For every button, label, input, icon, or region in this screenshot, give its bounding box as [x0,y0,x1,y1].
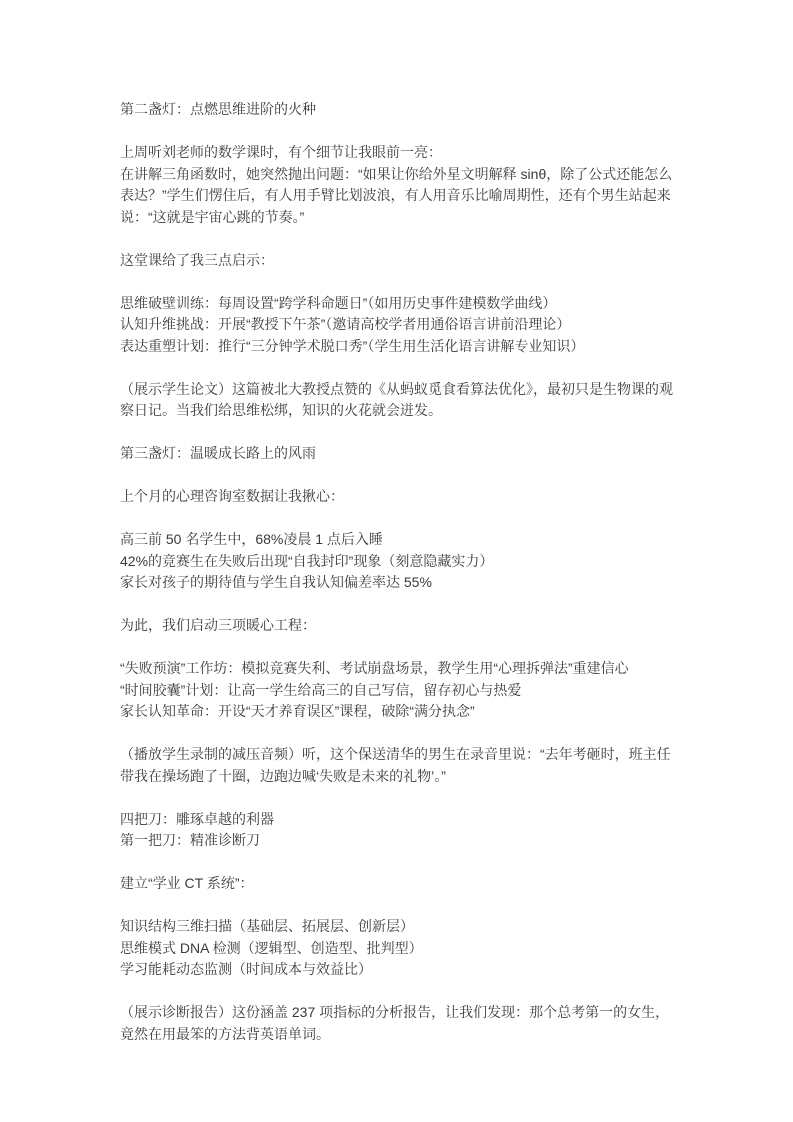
section-heading: 第三盏灯：温暖成长路上的风雨 [120,443,673,465]
text-line: 表达重塑计划：推行“三分钟学术脱口秀”（学生用生活化语言讲解专业知识） [120,336,673,358]
section-heading: 第二盏灯：点燃思维进阶的火种 [120,99,673,121]
line-group: 思维破壁训练：每周设置“跨学科命题日”（如用历史事件建模数学曲线）认知升维挑战：… [120,293,673,358]
paragraph: （展示诊断报告）这份涵盖 237 项指标的分析报告，让我们发现：那个总考第一的女… [120,1002,673,1045]
paragraph: 上周听刘老师的数学课时，有个细节让我眼前一亮：在讲解三角函数时，她突然抛出问题：… [120,142,673,228]
document-page: 第二盏灯：点燃思维进阶的火种上周听刘老师的数学课时，有个细节让我眼前一亮：在讲解… [0,0,793,1122]
paragraph: 建立“学业 CT 系统”： [120,873,673,895]
paragraph: 上个月的心理咨询室数据让我揪心： [120,486,673,508]
text-line: 上周听刘老师的数学课时，有个细节让我眼前一亮： [120,142,673,164]
text-line: 思维破壁训练：每周设置“跨学科命题日”（如用历史事件建模数学曲线） [120,293,673,315]
text-line: 高三前 50 名学生中，68%凌晨 1 点后入睡 [120,529,673,551]
document-body: 第二盏灯：点燃思维进阶的火种上周听刘老师的数学课时，有个细节让我眼前一亮：在讲解… [0,0,793,1122]
text-line: （播放学生录制的减压音频）听，这个保送清华的男生在录音里说：“去年考砸时，班主任… [120,744,673,787]
line-group: “失败预演”工作坊：模拟竞赛失利、考试崩盘场景，教学生用“心理拆弹法”重建信心“… [120,658,673,723]
text-line: 认知升维挑战：开展“教授下午茶”（邀请高校学者用通俗语言讲前沿理论） [120,314,673,336]
paragraph: （播放学生录制的减压音频）听，这个保送清华的男生在录音里说：“去年考砸时，班主任… [120,744,673,787]
text-line: 知识结构三维扫描（基础层、拓展层、创新层） [120,916,673,938]
paragraph: （展示学生论文）这篇被北大教授点赞的《从蚂蚁觅食看算法优化》，最初只是生物课的观… [120,379,673,422]
text-line: 为此，我们启动三项暖心工程： [120,615,673,637]
text-line: 第一把刀：精准诊断刀 [120,830,673,852]
text-line: 学习能耗动态监测（时间成本与效益比） [120,959,673,981]
line-group: 知识结构三维扫描（基础层、拓展层、创新层）思维模式 DNA 检测（逻辑型、创造型… [120,916,673,981]
text-line: 建立“学业 CT 系统”： [120,873,673,895]
paragraph: 这堂课给了我三点启示： [120,250,673,272]
text-line: 在讲解三角函数时，她突然抛出问题：“如果让你给外星文明解释 sinθ，除了公式还… [120,164,673,229]
text-line: 第二盏灯：点燃思维进阶的火种 [120,99,673,121]
text-line: （展示诊断报告）这份涵盖 237 项指标的分析报告，让我们发现：那个总考第一的女… [120,1002,673,1045]
paragraph: 为此，我们启动三项暖心工程： [120,615,673,637]
text-line: 家长认知革命：开设“天才养育误区”课程，破除“满分执念” [120,701,673,723]
text-line: 第三盏灯：温暖成长路上的风雨 [120,443,673,465]
text-line: “时间胶囊”计划：让高一学生给高三的自己写信，留存初心与热爱 [120,680,673,702]
text-line: 思维模式 DNA 检测（逻辑型、创造型、批判型） [120,938,673,960]
section-heading: 四把刀：雕琢卓越的利器第一把刀：精准诊断刀 [120,809,673,852]
text-line: 四把刀：雕琢卓越的利器 [120,809,673,831]
text-line: 家长对孩子的期待值与学生自我认知偏差率达 55% [120,572,673,594]
text-line: “失败预演”工作坊：模拟竞赛失利、考试崩盘场景，教学生用“心理拆弹法”重建信心 [120,658,673,680]
text-line: （展示学生论文）这篇被北大教授点赞的《从蚂蚁觅食看算法优化》，最初只是生物课的观… [120,379,673,422]
text-line: 42%的竞赛生在失败后出现“自我封印”现象（刻意隐藏实力） [120,551,673,573]
line-group: 高三前 50 名学生中，68%凌晨 1 点后入睡42%的竞赛生在失败后出现“自我… [120,529,673,594]
text-line: 这堂课给了我三点启示： [120,250,673,272]
text-line: 上个月的心理咨询室数据让我揪心： [120,486,673,508]
